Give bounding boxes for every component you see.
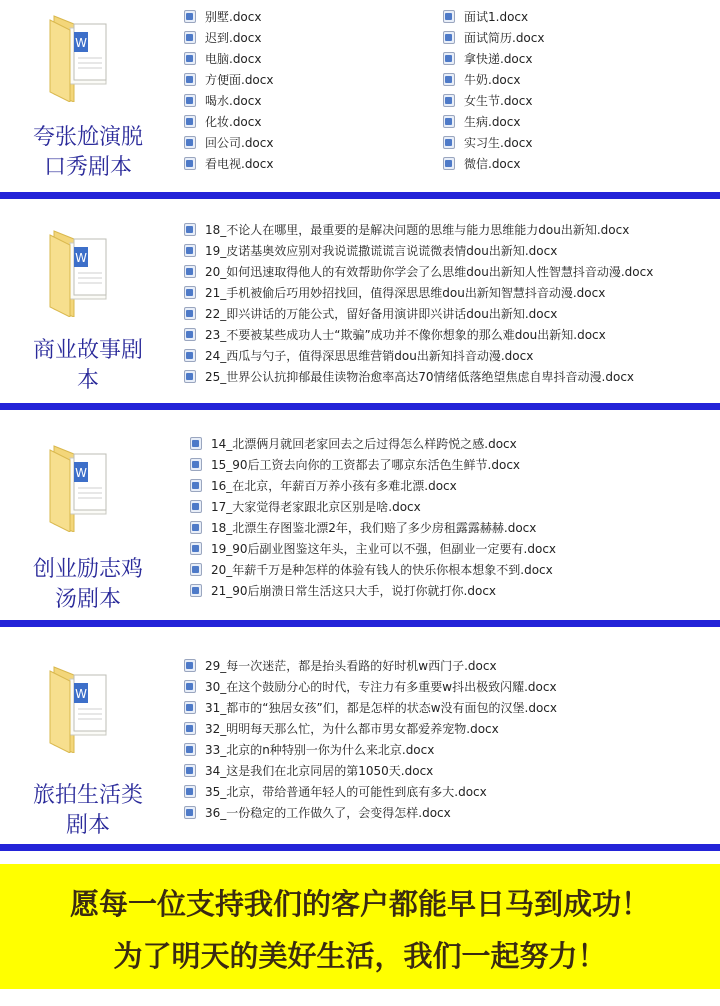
file-name: 36_一份稳定的工作做久了，会变得怎样.docx <box>205 804 451 821</box>
folder-label-line2: 汤剧本 <box>0 586 176 614</box>
file-item[interactable]: 33_北京的n种特别一你为什么来北京.docx <box>184 739 557 760</box>
folder-label-line1: 夸张尬演脱 <box>0 124 176 152</box>
word-doc-icon <box>190 437 202 450</box>
section-divider <box>0 844 720 851</box>
word-doc-icon <box>184 349 196 362</box>
folder-label: 旅拍生活类 剧本 <box>0 782 176 840</box>
file-name: 20_年薪千万是种怎样的体验有钱人的快乐你根本想象不到.docx <box>211 561 553 578</box>
file-list-column-1: 别墅.docx 迟到.docx 电脑.docx 方便面.docx 喝水.docx… <box>184 6 273 174</box>
word-doc-icon <box>184 223 196 236</box>
word-doc-icon <box>190 584 202 597</box>
file-name: 24_西瓜与勺子，值得深思思维营销dou出新知抖音动漫.docx <box>205 347 533 364</box>
file-item[interactable]: 21_90后崩溃日常生活这只大手，说打你就打你.docx <box>190 580 556 601</box>
svg-text:W: W <box>75 466 87 480</box>
file-item[interactable]: 20_如何迅速取得他人的有效帮助你学会了么思维dou出新知人性智慧抖音动漫.do… <box>184 261 653 282</box>
word-doc-icon <box>190 500 202 513</box>
file-name: 31_都市的“独居女孩”们，都是怎样的状态w没有面包的汉堡.docx <box>205 699 557 716</box>
word-doc-icon <box>443 115 455 128</box>
svg-text:W: W <box>75 36 87 50</box>
folder-column: W 商业故事剧 本 <box>0 199 176 403</box>
word-doc-icon <box>443 31 455 44</box>
file-name: 迟到.docx <box>205 29 261 46</box>
file-item[interactable]: 电脑.docx <box>184 48 273 69</box>
file-item[interactable]: 24_西瓜与勺子，值得深思思维营销dou出新知抖音动漫.docx <box>184 345 653 366</box>
folder-column: W 创业励志鸡 汤剧本 <box>0 410 176 620</box>
word-doc-icon <box>184 764 196 777</box>
word-doc-icon <box>184 244 196 257</box>
file-item[interactable]: 35_北京，带给普通年轻人的可能性到底有多大.docx <box>184 781 557 802</box>
file-name: 面试1.docx <box>464 8 528 25</box>
file-item[interactable]: 36_一份稳定的工作做久了，会变得怎样.docx <box>184 802 557 823</box>
file-item[interactable]: 30_在这个鼓励分心的时代，专注力有多重要w抖出极致闪耀.docx <box>184 676 557 697</box>
word-doc-icon <box>184 73 196 86</box>
svg-text:W: W <box>75 687 87 701</box>
word-doc-icon <box>184 157 196 170</box>
slogan-banner: 愿每一位支持我们的客户都能早日马到成功！ 为了明天的美好生活，我们一起努力！ <box>0 864 720 989</box>
file-name: 23_不要被某些成功人士“欺骗”成功并不像你想象的那么难dou出新知.docx <box>205 326 606 343</box>
file-item[interactable]: 29_每一次迷茫，都是抬头看路的好时机w西门子.docx <box>184 655 557 676</box>
word-folder-icon[interactable]: W <box>48 440 110 532</box>
file-item[interactable]: 看电视.docx <box>184 153 273 174</box>
file-list: 18_不论人在哪里，最重要的是解决问题的思维与能力思维能力dou出新知.docx… <box>184 219 653 387</box>
word-doc-icon <box>184 94 196 107</box>
file-name: 生病.docx <box>464 113 520 130</box>
file-item[interactable]: 实习生.docx <box>443 132 544 153</box>
word-doc-icon <box>184 328 196 341</box>
file-name: 微信.docx <box>464 155 520 172</box>
folder-label: 商业故事剧 本 <box>0 337 176 395</box>
file-item[interactable]: 16_在北京，年薪百万养小孩有多难北漂.docx <box>190 475 556 496</box>
file-name: 18_北漂生存图鉴北漂2年，我们赔了多少房租露露赫赫.docx <box>211 519 536 536</box>
file-name: 33_北京的n种特别一你为什么来北京.docx <box>205 741 434 758</box>
word-doc-icon <box>190 479 202 492</box>
svg-text:W: W <box>75 251 87 265</box>
file-item[interactable]: 19_90后副业图鉴这年头，主业可以不强，但副业一定要有.docx <box>190 538 556 559</box>
file-name: 19_皮诺基奥效应别对我说谎撒谎谎言说谎微表情dou出新知.docx <box>205 242 557 259</box>
word-doc-icon <box>184 286 196 299</box>
section-divider <box>0 192 720 199</box>
word-doc-icon <box>443 136 455 149</box>
file-name: 22_即兴讲话的万能公式，留好备用演讲即兴讲话dou出新知.docx <box>205 305 557 322</box>
section-comedy-scripts: W 夸张尬演脱 口秀剧本 别墅.docx 迟到.docx 电脑.docx 方便面… <box>0 0 720 190</box>
file-list: 14_北漂俩月就回老家回去之后过得怎么样跨悦之感.docx 15_90后工资去向… <box>190 433 556 601</box>
file-item[interactable]: 15_90后工资去向你的工资都去了哪京东活色生鲜节.docx <box>190 454 556 475</box>
word-doc-icon <box>184 701 196 714</box>
file-item[interactable]: 牛奶.docx <box>443 69 544 90</box>
word-doc-icon <box>184 136 196 149</box>
file-item[interactable]: 方便面.docx <box>184 69 273 90</box>
file-list-column-2: 面试1.docx 面试简历.docx 拿快递.docx 牛奶.docx 女生节.… <box>443 6 544 174</box>
file-item[interactable]: 18_北漂生存图鉴北漂2年，我们赔了多少房租露露赫赫.docx <box>190 517 556 538</box>
file-item[interactable]: 拿快递.docx <box>443 48 544 69</box>
word-doc-icon <box>443 52 455 65</box>
word-doc-icon <box>443 94 455 107</box>
file-name: 25_世界公认抗抑郁最佳读物治愈率高达70情绪低落绝望焦虑自卑抖音动漫.docx <box>205 368 634 385</box>
word-doc-icon <box>190 458 202 471</box>
word-doc-icon <box>184 265 196 278</box>
word-doc-icon <box>190 563 202 576</box>
file-item[interactable]: 19_皮诺基奥效应别对我说谎撒谎谎言说谎微表情dou出新知.docx <box>184 240 653 261</box>
slogan-line-2: 为了明天的美好生活，我们一起努力！ <box>0 938 720 974</box>
folder-label-line1: 旅拍生活类 <box>0 782 176 810</box>
file-item[interactable]: 微信.docx <box>443 153 544 174</box>
word-doc-icon <box>184 10 196 23</box>
file-name: 17_大家觉得老家跟北京区别是啥.docx <box>211 498 421 515</box>
slogan-line-1: 愿每一位支持我们的客户都能早日马到成功！ <box>0 886 720 922</box>
folder-label-line1: 商业故事剧 <box>0 337 176 365</box>
word-doc-icon <box>184 680 196 693</box>
file-item[interactable]: 化妆.docx <box>184 111 273 132</box>
word-doc-icon <box>184 743 196 756</box>
file-item[interactable]: 32_明明每天那么忙，为什么都市男女都爱养宠物.docx <box>184 718 557 739</box>
file-item[interactable]: 18_不论人在哪里，最重要的是解决问题的思维与能力思维能力dou出新知.docx <box>184 219 653 240</box>
word-folder-icon[interactable]: W <box>48 225 110 317</box>
file-item[interactable]: 生病.docx <box>443 111 544 132</box>
file-name: 面试简历.docx <box>464 29 544 46</box>
file-item[interactable]: 17_大家觉得老家跟北京区别是啥.docx <box>190 496 556 517</box>
file-name: 看电视.docx <box>205 155 273 172</box>
file-name: 回公司.docx <box>205 134 273 151</box>
file-item[interactable]: 23_不要被某些成功人士“欺骗”成功并不像你想象的那么难dou出新知.docx <box>184 324 653 345</box>
file-name: 化妆.docx <box>205 113 261 130</box>
file-item[interactable]: 34_这是我们在北京同居的第1050天.docx <box>184 760 557 781</box>
file-item[interactable]: 喝水.docx <box>184 90 273 111</box>
file-item[interactable]: 面试简历.docx <box>443 27 544 48</box>
folder-label-line1: 创业励志鸡 <box>0 556 176 584</box>
file-name: 拿快递.docx <box>464 50 532 67</box>
section-divider <box>0 403 720 410</box>
file-name: 女生节.docx <box>464 92 532 109</box>
file-item[interactable]: 25_世界公认抗抑郁最佳读物治愈率高达70情绪低落绝望焦虑自卑抖音动漫.docx <box>184 366 653 387</box>
word-folder-icon[interactable]: W <box>48 661 110 753</box>
folder-column: W 夸张尬演脱 口秀剧本 <box>0 0 176 190</box>
folder-label-line2: 本 <box>0 367 176 395</box>
word-doc-icon <box>443 73 455 86</box>
file-item[interactable]: 31_都市的“独居女孩”们，都是怎样的状态w没有面包的汉堡.docx <box>184 697 557 718</box>
file-name: 32_明明每天那么忙，为什么都市男女都爱养宠物.docx <box>205 720 499 737</box>
word-doc-icon <box>184 52 196 65</box>
file-list: 29_每一次迷茫，都是抬头看路的好时机w西门子.docx 30_在这个鼓励分心的… <box>184 655 557 823</box>
file-item[interactable]: 20_年薪千万是种怎样的体验有钱人的快乐你根本想象不到.docx <box>190 559 556 580</box>
word-doc-icon <box>443 10 455 23</box>
word-doc-icon <box>190 521 202 534</box>
word-doc-icon <box>184 307 196 320</box>
word-doc-icon <box>184 785 196 798</box>
file-name: 18_不论人在哪里，最重要的是解决问题的思维与能力思维能力dou出新知.docx <box>205 221 629 238</box>
file-name: 16_在北京，年薪百万养小孩有多难北漂.docx <box>211 477 457 494</box>
word-doc-icon <box>184 115 196 128</box>
section-travel-life-scripts: W 旅拍生活类 剧本 29_每一次迷茫，都是抬头看路的好时机w西门子.docx … <box>0 627 720 844</box>
word-doc-icon <box>184 31 196 44</box>
file-name: 21_手机被偷后巧用妙招找回，值得深思思维dou出新知智慧抖音动漫.docx <box>205 284 605 301</box>
word-doc-icon <box>443 157 455 170</box>
file-name: 19_90后副业图鉴这年头，主业可以不强，但副业一定要有.docx <box>211 540 556 557</box>
word-doc-icon <box>184 659 196 672</box>
file-item[interactable]: 别墅.docx <box>184 6 273 27</box>
file-name: 14_北漂俩月就回老家回去之后过得怎么样跨悦之感.docx <box>211 435 517 452</box>
section-business-stories: W 商业故事剧 本 18_不论人在哪里，最重要的是解决问题的思维与能力思维能力d… <box>0 199 720 403</box>
file-name: 21_90后崩溃日常生活这只大手，说打你就打你.docx <box>211 582 496 599</box>
file-item[interactable]: 21_手机被偷后巧用妙招找回，值得深思思维dou出新知智慧抖音动漫.docx <box>184 282 653 303</box>
file-name: 35_北京，带给普通年轻人的可能性到底有多大.docx <box>205 783 487 800</box>
file-name: 15_90后工资去向你的工资都去了哪京东活色生鲜节.docx <box>211 456 520 473</box>
file-name: 方便面.docx <box>205 71 273 88</box>
folder-label-line2: 剧本 <box>0 812 176 840</box>
file-item[interactable]: 回公司.docx <box>184 132 273 153</box>
word-doc-icon <box>184 806 196 819</box>
file-name: 喝水.docx <box>205 92 261 109</box>
word-doc-icon <box>190 542 202 555</box>
file-name: 20_如何迅速取得他人的有效帮助你学会了么思维dou出新知人性智慧抖音动漫.do… <box>205 263 653 280</box>
file-name: 电脑.docx <box>205 50 261 67</box>
file-name: 29_每一次迷茫，都是抬头看路的好时机w西门子.docx <box>205 657 497 674</box>
section-divider <box>0 620 720 627</box>
file-item[interactable]: 女生节.docx <box>443 90 544 111</box>
file-name: 34_这是我们在北京同居的第1050天.docx <box>205 762 433 779</box>
file-name: 30_在这个鼓励分心的时代，专注力有多重要w抖出极致闪耀.docx <box>205 678 557 695</box>
file-name: 牛奶.docx <box>464 71 520 88</box>
file-name: 别墅.docx <box>205 8 261 25</box>
folder-label-line2: 口秀剧本 <box>0 154 176 182</box>
file-item[interactable]: 14_北漂俩月就回老家回去之后过得怎么样跨悦之感.docx <box>190 433 556 454</box>
folder-column: W 旅拍生活类 剧本 <box>0 627 176 844</box>
word-doc-icon <box>184 722 196 735</box>
section-motivational-scripts: W 创业励志鸡 汤剧本 14_北漂俩月就回老家回去之后过得怎么样跨悦之感.doc… <box>0 410 720 620</box>
word-folder-icon[interactable]: W <box>48 10 110 102</box>
file-item[interactable]: 迟到.docx <box>184 27 273 48</box>
file-item[interactable]: 22_即兴讲话的万能公式，留好备用演讲即兴讲话dou出新知.docx <box>184 303 653 324</box>
folder-label: 夸张尬演脱 口秀剧本 <box>0 124 176 182</box>
folder-label: 创业励志鸡 汤剧本 <box>0 556 176 614</box>
file-name: 实习生.docx <box>464 134 532 151</box>
word-doc-icon <box>184 370 196 383</box>
file-item[interactable]: 面试1.docx <box>443 6 544 27</box>
